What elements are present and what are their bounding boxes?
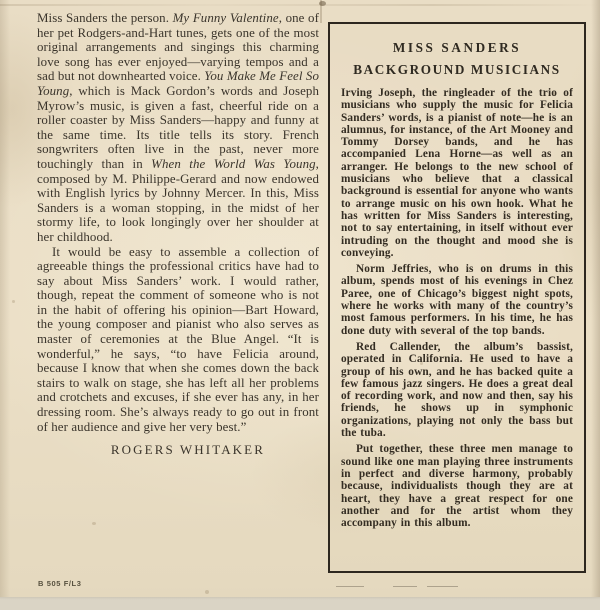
liner-notes-column: Miss Sanders the person. My Funny Valent…: [37, 11, 319, 458]
catalog-number: B 505 F/L3: [38, 579, 82, 588]
song-title-when-the-world-was-young: When the World Was Young: [151, 157, 316, 171]
paper-top-crease: [0, 4, 600, 6]
foxing-spot: [92, 522, 96, 525]
author-byline: ROGERS WHITAKER: [37, 443, 319, 458]
liner-notes-paragraph-2: It would be easy to assemble a collectio…: [37, 245, 319, 435]
foxing-spot: [12, 300, 15, 303]
album-back-cover: Miss Sanders the person. My Funny Valent…: [0, 0, 600, 610]
pencil-dash: [336, 586, 364, 587]
pencil-dash: [427, 586, 458, 587]
pencil-dash: [393, 586, 417, 587]
box-title-line2: BACKGROUND MUSICIANS: [341, 62, 573, 77]
box-title-line1: MISS SANDERS: [341, 40, 573, 55]
foxing-spot: [205, 590, 209, 594]
paper-bottom-edge: [0, 597, 600, 610]
musician-paragraph-irving-joseph: Irving Joseph, the ringleader of the tri…: [341, 87, 573, 259]
musician-paragraph-norm-jeffries: Norm Jeffries, who is on drums in this a…: [341, 263, 573, 337]
paper-speck: [319, 1, 326, 6]
paper-left-edge-shading: [0, 0, 10, 610]
paper-right-edge-shading: [591, 0, 600, 610]
musician-paragraph-put-together: Put together, these three men manage to …: [341, 443, 573, 529]
notes-text: Miss Sanders the person.: [37, 11, 173, 25]
musician-paragraph-red-callender: Red Callender, the album’s bassist, oper…: [341, 341, 573, 439]
liner-notes-paragraph-1: Miss Sanders the person. My Funny Valent…: [37, 11, 319, 245]
background-musicians-box: MISS SANDERS BACKGROUND MUSICIANS Irving…: [328, 22, 586, 573]
song-title-my-funny-valentine: My Funny Valentine: [173, 11, 279, 25]
